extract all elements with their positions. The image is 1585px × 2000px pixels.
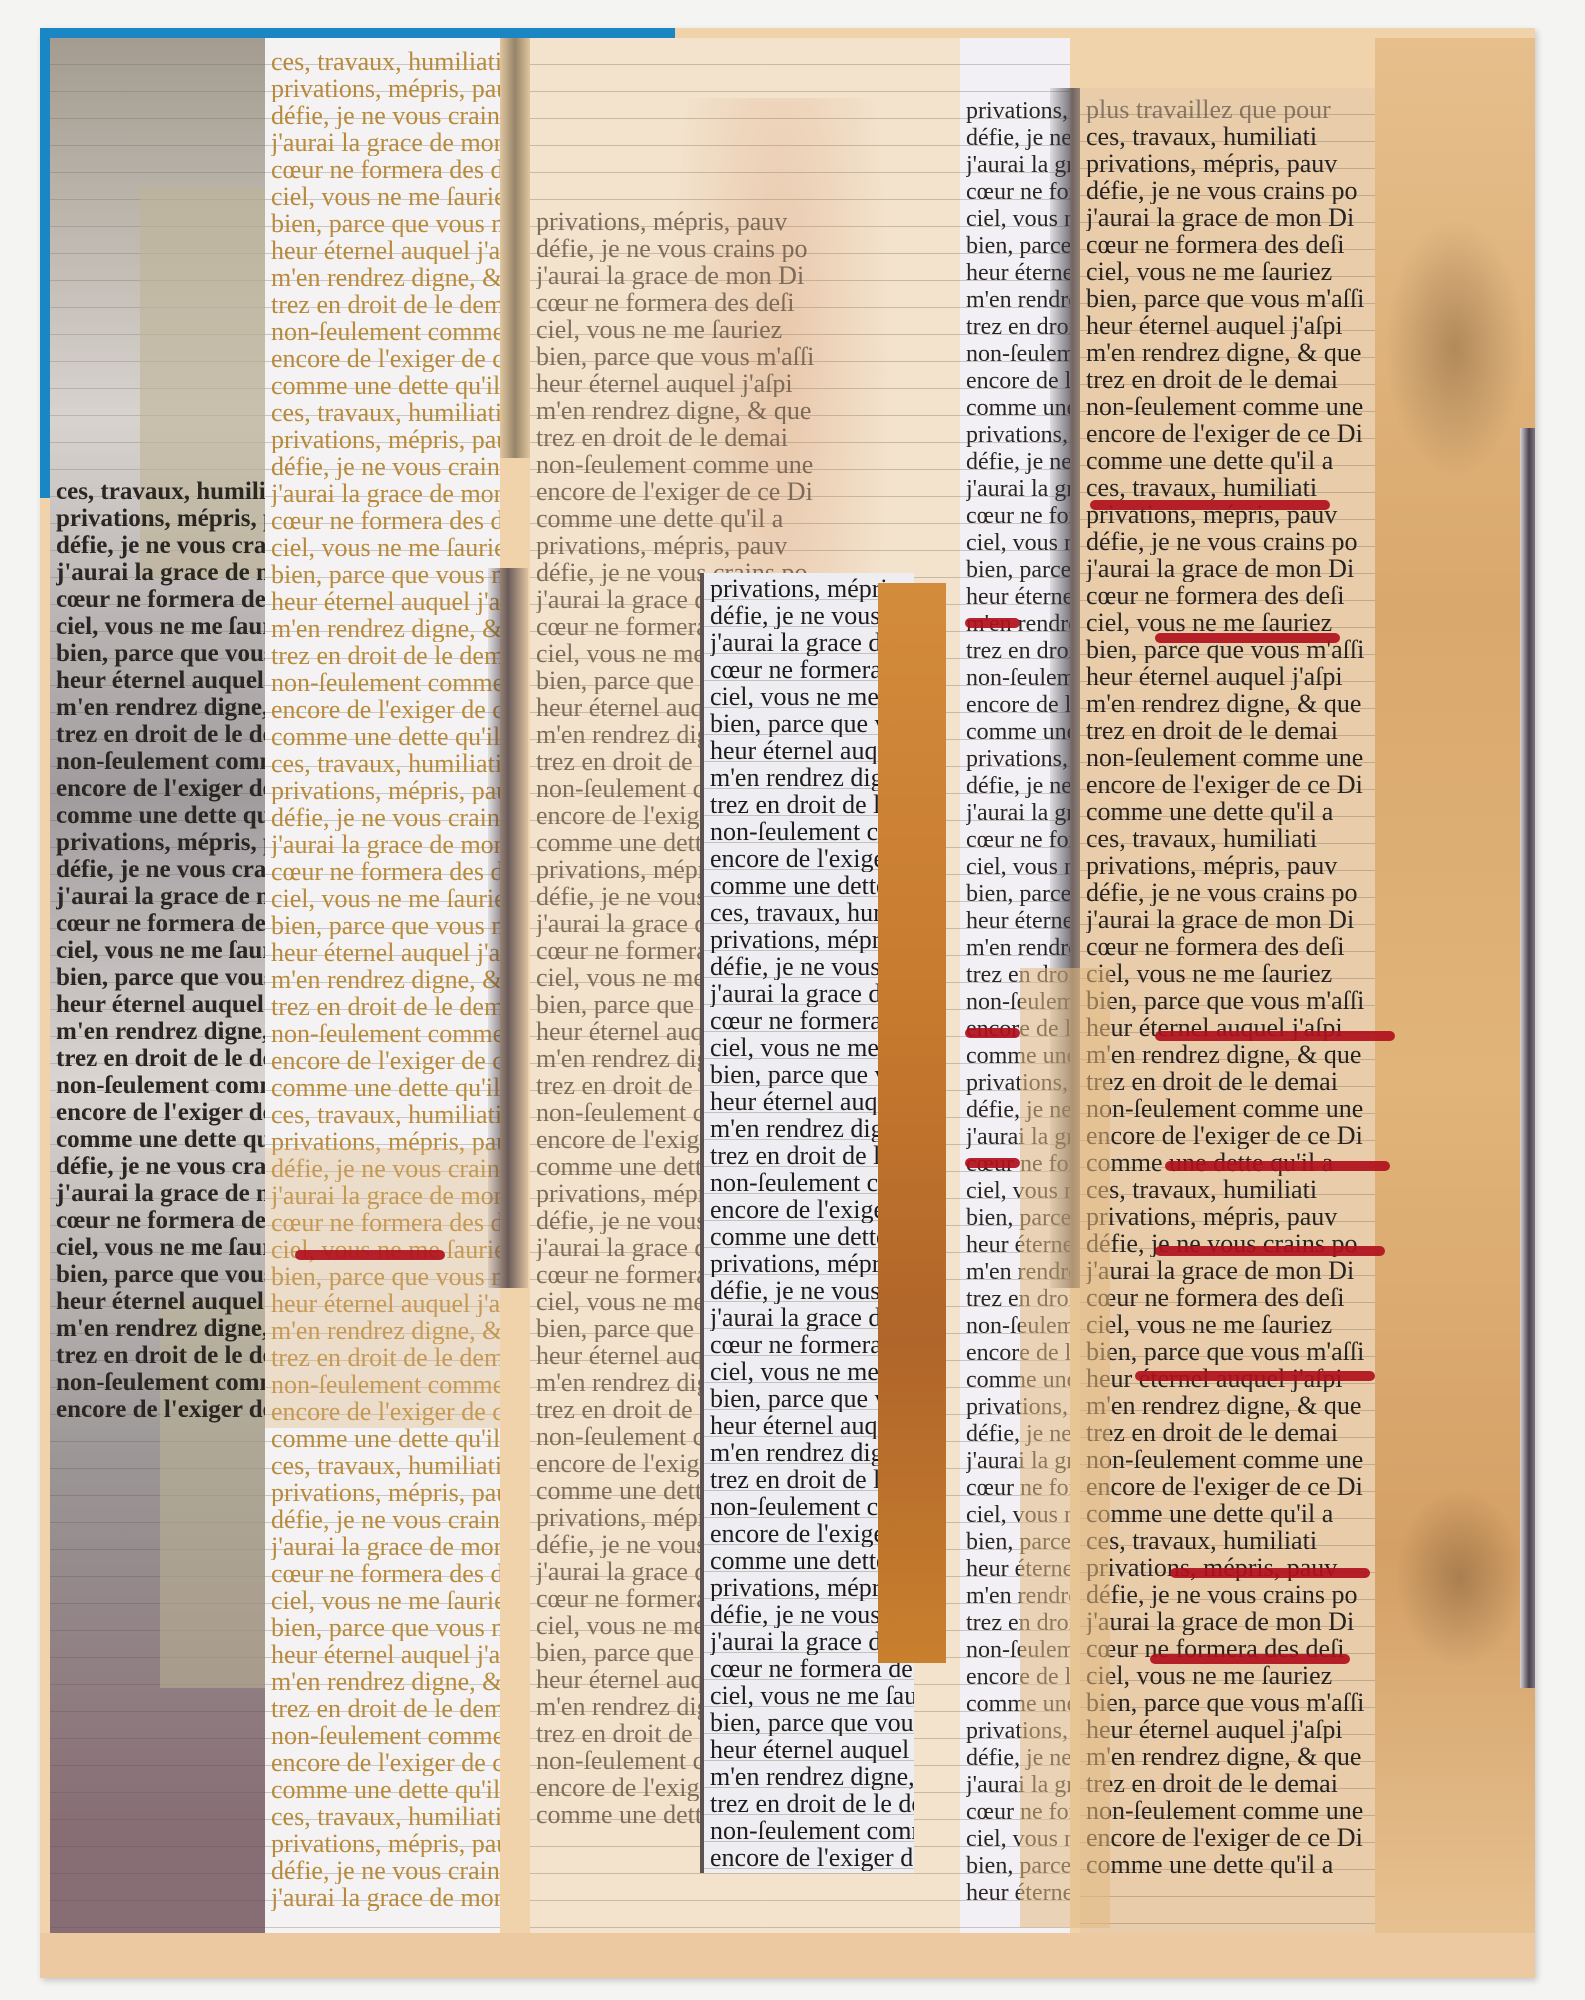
text-line: j'aurai la grace de mon Di xyxy=(966,152,1070,179)
text-line: comme une dette qu'il a xyxy=(271,372,500,399)
text-line: non-ſeulement comme une xyxy=(966,1313,1070,1340)
blue-border-left xyxy=(40,28,50,498)
text-line: défie, je ne vous crains po xyxy=(271,453,500,480)
text-line: heur éternel auquel j'aſpi xyxy=(966,584,1070,611)
text-line: j'aurai la grace de mon Di xyxy=(966,476,1070,503)
blue-border-top xyxy=(40,28,675,38)
text-line: heur éternel auquel j'aſpi xyxy=(271,1641,500,1668)
text-line: m'en rendrez digne, & que xyxy=(271,966,500,993)
text-line: trez en droit de le demai xyxy=(966,1610,1070,1637)
text-line: m'en rendrez digne, & que xyxy=(271,1668,500,1695)
charcoal-smudge-top xyxy=(500,38,530,458)
text-line: heur éternel auquel j'aſpi xyxy=(966,260,1070,287)
text-line: défie, je ne vous crains po xyxy=(271,102,500,129)
text-line: bien, parce que vous m'aſſi xyxy=(1086,1689,1364,1716)
text-line: ciel, vous ne me ſauriez xyxy=(1086,258,1364,285)
text-line: trez en droit de le demai xyxy=(56,1045,270,1072)
text-line: non-ſeulement comme une xyxy=(56,1072,270,1099)
text-line: m'en rendrez digne, & que xyxy=(56,694,270,721)
text-line: défie, je ne vous crains po xyxy=(271,1857,500,1884)
text-line: plus travaillez que pour xyxy=(1086,96,1364,123)
text-line: cœur ne formera des deſi xyxy=(966,827,1070,854)
text-line: ces, travaux, humiliati xyxy=(1086,825,1364,852)
text-line: encore de l'exiger de ce Di xyxy=(536,478,814,505)
text-line: trez en droit de le demai xyxy=(1086,717,1364,744)
text-line: défie, je ne vous crains po xyxy=(1086,879,1364,906)
text-line: comme une dette qu'il a xyxy=(1086,798,1364,825)
text-line: trez en droit de le demai xyxy=(966,314,1070,341)
text-line: encore de l'exiger de ce Di xyxy=(1086,771,1364,798)
text-line: encore de l'exiger de ce Di xyxy=(56,1396,270,1423)
text-line: défie, je ne vous crains po xyxy=(536,235,814,262)
text-line: j'aurai la grace de mon Di xyxy=(1086,204,1364,231)
text-line: m'en rendrez digne, & que xyxy=(966,287,1070,314)
text-line: ciel, vous ne me ſauriez xyxy=(1086,960,1364,987)
text-line: j'aurai la grace de mon Di xyxy=(966,800,1070,827)
text-line: privations, mépris, pauv xyxy=(966,746,1070,773)
text-line: défie, je ne vous crains po xyxy=(56,532,270,559)
text-line: bien, parce que vous m'aſſi xyxy=(966,233,1070,260)
text-line: m'en rendrez digne, & que xyxy=(271,1317,500,1344)
text-line: comme une dette qu'il a xyxy=(56,1126,270,1153)
text-line: comme une dette qu'il a xyxy=(536,505,814,532)
red-dash xyxy=(1135,1371,1375,1381)
text-line: défie, je ne vous crains po xyxy=(56,1153,270,1180)
red-dash xyxy=(1165,1161,1390,1171)
text-line: ciel, vous ne me ſauriez xyxy=(56,937,270,964)
text-line: défie, je ne vous crains po xyxy=(271,1155,500,1182)
textile-artwork: ces, travaux, humiliati privations, mépr… xyxy=(40,28,1535,1978)
text-line: m'en rendrez digne, & que xyxy=(1086,1743,1364,1770)
text-line: encore de l'exiger de ce Di xyxy=(1086,1824,1364,1851)
text-line: heur éternel auquel j'aſpi xyxy=(710,1736,914,1763)
text-line: bien, parce que vous m'aſſi xyxy=(1086,987,1364,1014)
text-line: cœur ne formera des deſi xyxy=(271,1209,500,1236)
text-line: bien, parce que vous m'aſſi xyxy=(271,1263,500,1290)
text-line: heur éternel auquel j'aſpi xyxy=(1086,663,1364,690)
text-line: non-ſeulement comme une xyxy=(1086,393,1364,420)
text-line: comme une dette qu'il a xyxy=(271,723,500,750)
text-line: non-ſeulement comme une xyxy=(271,1371,500,1398)
text-line: ces, travaux, humiliati xyxy=(271,399,500,426)
text-line: défie, je ne vous crains po xyxy=(56,856,270,883)
text-line: non-ſeulement comme une xyxy=(710,1817,914,1844)
text-strip-left-grey: ces, travaux, humiliati privations, mépr… xyxy=(50,38,270,1933)
text-line: ces, travaux, humiliati xyxy=(271,48,500,75)
text-line: heur éternel auquel j'aſpi xyxy=(56,1288,270,1315)
text-line: ces, travaux, humiliati xyxy=(1086,1176,1364,1203)
text-line: cœur ne formera des deſi xyxy=(966,1475,1070,1502)
text-line: non-ſeulement comme une xyxy=(1086,1797,1364,1824)
text-line: m'en rendrez digne, & que xyxy=(271,615,500,642)
text-line: bien, parce que vous m'aſſi xyxy=(966,1853,1070,1880)
text-line: bien, parce que vous m'aſſi xyxy=(710,1709,914,1736)
text-line: encore de l'exiger de ce Di xyxy=(710,1844,914,1871)
text-line: m'en rendrez digne, & que xyxy=(966,1259,1070,1286)
text-line: cœur ne formera des deſi xyxy=(1086,582,1364,609)
text-line: m'en rendrez digne, & que xyxy=(966,935,1070,962)
text-line: ciel, vous ne me ſauriez xyxy=(271,183,500,210)
text-line: m'en rendrez digne, & que xyxy=(1086,339,1364,366)
text-line: m'en rendrez digne, & que xyxy=(1086,1392,1364,1419)
text-line: défie, je ne vous crains po xyxy=(1086,177,1364,204)
text-line: heur éternel auquel j'aſpi xyxy=(271,588,500,615)
text-line: encore de l'exiger de ce Di xyxy=(271,1749,500,1776)
text-line: encore de l'exiger de ce Di xyxy=(966,692,1070,719)
text-line: défie, je ne vous crains po xyxy=(966,125,1070,152)
text-line: cœur ne formera des deſi xyxy=(1086,1284,1364,1311)
text-line: j'aurai la grace de mon Di xyxy=(271,480,500,507)
dark-stain-lower xyxy=(1395,1488,1525,1668)
text-line: j'aurai la grace de mon Di xyxy=(271,129,500,156)
text-line: privations, mépris, pauv xyxy=(966,1070,1070,1097)
text-line: trez en droit de le demai xyxy=(56,721,270,748)
text-line: ciel, vous ne me ſauriez xyxy=(271,885,500,912)
text-line: cœur ne formera des deſi xyxy=(966,1799,1070,1826)
text-line: m'en rendrez digne, & que xyxy=(1086,690,1364,717)
text-line: trez en droit de le demai xyxy=(1086,1068,1364,1095)
text-line: heur éternel auquel j'aſpi xyxy=(56,991,270,1018)
text-line: m'en rendrez digne, & que xyxy=(710,1763,914,1790)
text-line: j'aurai la grace de mon Di xyxy=(536,262,814,289)
red-dash xyxy=(965,618,1020,628)
bottom-hem xyxy=(40,1933,1535,1978)
text-line: trez en droit de le demai xyxy=(966,638,1070,665)
text-line: ciel, vous ne me ſauriez xyxy=(966,1178,1070,1205)
text-line: encore de l'exiger de ce Di xyxy=(966,1664,1070,1691)
text-line: ces, travaux, humiliati xyxy=(1086,1527,1364,1554)
text-line: trez en droit de le demai xyxy=(271,291,500,318)
text-line: cœur ne formera des deſi xyxy=(536,289,814,316)
text-line: cœur ne formera des deſi xyxy=(271,156,500,183)
text-line: comme une dette qu'il a xyxy=(1086,447,1364,474)
text-line: bien, parce que vous m'aſſi xyxy=(56,1261,270,1288)
text-line: m'en rendrez digne, & que xyxy=(1086,1041,1364,1068)
text-line: comme une dette qu'il a xyxy=(966,1691,1070,1718)
red-dash xyxy=(1155,633,1340,643)
text-line: défie, je ne vous crains po xyxy=(966,773,1070,800)
text-line: privations, mépris, pauv xyxy=(56,829,270,856)
text-line: non-ſeulement comme une xyxy=(536,451,814,478)
text-line: cœur ne formera des deſi xyxy=(271,507,500,534)
text-line: bien, parce que vous m'aſſi xyxy=(966,881,1070,908)
text-line: privations, mépris, pauv xyxy=(1086,1203,1364,1230)
text-line: ces, travaux, humiliati xyxy=(56,478,270,505)
text-line: heur éternel auquel j'aſpi xyxy=(536,370,814,397)
text-line: privations, mépris, pauv xyxy=(271,426,500,453)
red-dash xyxy=(295,1250,445,1260)
text-line: non-ſeulement comme une xyxy=(56,748,270,775)
text-line: trez en droit de le demai xyxy=(1086,366,1364,393)
text-strip-white-gold: ces, travaux, humiliati privations, mépr… xyxy=(265,38,500,1933)
text-line: bien, parce que vous m'aſſi xyxy=(271,210,500,237)
text-line: cœur ne formera des deſi xyxy=(56,1207,270,1234)
rust-orange-strip xyxy=(878,583,946,1663)
text-line: ciel, vous ne me ſauriez xyxy=(1086,609,1364,636)
text-line: défie, je ne vous crains po xyxy=(966,449,1070,476)
text-line: bien, parce que vous m'aſſi xyxy=(966,1529,1070,1556)
text-line: bien, parce que vous m'aſſi xyxy=(56,964,270,991)
text-line: encore de l'exiger de ce Di xyxy=(1086,1473,1364,1500)
text-line: ces, travaux, humiliati xyxy=(271,750,500,777)
text-line: trez en droit de le demai xyxy=(271,1344,500,1371)
text-line: heur éternel auquel j'aſpi xyxy=(966,1880,1070,1907)
text-line: privations, mépris, pauv xyxy=(966,1394,1070,1421)
text-line: j'aurai la grace de mon Di xyxy=(271,1182,500,1209)
text-line: encore de l'exiger de ce Di xyxy=(271,345,500,372)
text-line: comme une dette qu'il a xyxy=(1086,1851,1364,1878)
tea-stained-panel-right xyxy=(1375,38,1535,1933)
text-line: bien, parce que vous m'aſſi xyxy=(966,557,1070,584)
text-line: encore de l'exiger de ce Di xyxy=(56,775,270,802)
text-line: non-ſeulement comme une xyxy=(1086,1095,1364,1122)
text-line: privations, mépris, pauv xyxy=(966,1718,1070,1745)
text-line: bien, parce que vous m'aſſi xyxy=(536,343,814,370)
text-line: j'aurai la grace de mon Di xyxy=(1086,1257,1364,1284)
red-dash xyxy=(1150,1654,1350,1664)
red-dash xyxy=(965,1158,1020,1168)
text-line: défie, je ne vous crains po xyxy=(1086,1581,1364,1608)
text-line: ciel, vous ne me ſauriez xyxy=(1086,1311,1364,1338)
text-line: comme une dette qu'il a xyxy=(1086,1500,1364,1527)
text-line: encore de l'exiger de ce Di xyxy=(271,1047,500,1074)
text-line: cœur ne formera des deſi xyxy=(966,503,1070,530)
text-line: cœur ne formera des deſi xyxy=(56,910,270,937)
text-line: privations, mépris, pauv xyxy=(536,532,814,559)
text-line: défie, je ne vous crains po xyxy=(966,1745,1070,1772)
text-line: heur éternel auquel j'aſpi xyxy=(1086,312,1364,339)
text-line: encore de l'exiger de ce Di xyxy=(966,368,1070,395)
text-line: heur éternel auquel j'aſpi xyxy=(56,667,270,694)
text-line: privations, mépris, pauv xyxy=(271,75,500,102)
red-dash xyxy=(1170,1568,1370,1578)
text-line: non-ſeulement comme une xyxy=(966,665,1070,692)
text-line: heur éternel auquel j'aſpi xyxy=(966,1232,1070,1259)
text-line: non-ſeulement comme une xyxy=(271,1020,500,1047)
text-line: défie, je ne vous crains po xyxy=(1086,528,1364,555)
text-line: défie, je ne vous crains po xyxy=(271,1506,500,1533)
text-line: heur éternel auquel j'aſpi xyxy=(966,908,1070,935)
text-line: privations, mépris, pauv xyxy=(271,1128,500,1155)
text-line: bien, parce que vous m'aſſi xyxy=(271,912,500,939)
text-line: encore de l'exiger de ce Di xyxy=(271,696,500,723)
text-line: heur éternel auquel j'aſpi xyxy=(271,1290,500,1317)
text-line: comme une dette qu'il a xyxy=(271,1425,500,1452)
text-line: trez en droit de le demai xyxy=(271,642,500,669)
text-line: comme une dette qu'il a xyxy=(966,719,1070,746)
text-line: trez en droit de le demai xyxy=(536,424,814,451)
text-line: privations, mépris, pauv xyxy=(271,1830,500,1857)
text-line: bien, parce que vous m'aſſi xyxy=(966,1205,1070,1232)
text-line: cœur ne formera des deſi xyxy=(271,858,500,885)
text-line: privations, mépris, pauv xyxy=(271,1479,500,1506)
text-line: trez en droit de le demai xyxy=(271,1695,500,1722)
text-line: heur éternel auquel j'aſpi xyxy=(271,939,500,966)
text-line: comme une dette qu'il a xyxy=(966,395,1070,422)
text-line: encore de l'exiger de ce Di xyxy=(1086,420,1364,447)
text-line: non-ſeulement comme une xyxy=(56,1369,270,1396)
text-line: privations, mépris, pauv xyxy=(1086,150,1364,177)
text-line: bien, parce que vous m'aſſi xyxy=(1086,285,1364,312)
text-line: ciel, vous ne me ſauriez xyxy=(710,1682,914,1709)
text-line: non-ſeulement comme une xyxy=(966,341,1070,368)
text-line: trez en droit de le demai xyxy=(1086,1770,1364,1797)
text-line: ciel, vous ne me ſauriez xyxy=(56,613,270,640)
text-line: m'en rendrez digne, & que xyxy=(536,397,814,424)
text-line: bien, parce que vous m'aſſi xyxy=(1086,1338,1364,1365)
text-line: bien, parce que vous m'aſſi xyxy=(56,640,270,667)
text-line: non-ſeulement comme une xyxy=(271,669,500,696)
red-dash xyxy=(1155,1246,1385,1256)
text-strip-narrow-white: privations, mépris, pauv défie, je ne vo… xyxy=(960,38,1070,1933)
text-line: comme une dette qu'il a xyxy=(966,1367,1070,1394)
text-line: ces, travaux, humiliati xyxy=(271,1101,500,1128)
red-dash xyxy=(1155,1031,1395,1041)
text-line: ciel, vous ne me ſauriez xyxy=(1086,1662,1364,1689)
text-line: cœur ne formera des deſi xyxy=(56,586,270,613)
text-line: j'aurai la grace de mon Di xyxy=(56,1180,270,1207)
text-line: défie, je ne vous crains po xyxy=(271,804,500,831)
text-line: ces, travaux, humiliati xyxy=(1086,123,1364,150)
text-line: j'aurai la grace de mon Di xyxy=(1086,1608,1364,1635)
text-line: ciel, vous ne me ſauriez xyxy=(536,316,814,343)
text-line: comme une dette qu'il a xyxy=(966,1043,1070,1070)
text-line: ces, travaux, humiliati xyxy=(271,1803,500,1830)
text-line: m'en rendrez digne, & que xyxy=(56,1315,270,1342)
text-line: trez en droit de le demai xyxy=(966,962,1070,989)
text-line: ces, travaux, humiliati xyxy=(271,1452,500,1479)
text-line: non-ſeulement comme une xyxy=(271,318,500,345)
text-line: ciel, vous ne me ſauriez xyxy=(271,534,500,561)
text-line: encore de l'exiger de ce Di xyxy=(56,1099,270,1126)
text-line: défie, je ne vous crains po xyxy=(966,1421,1070,1448)
text-line: ciel, vous ne me ſauriez xyxy=(966,206,1070,233)
red-dash xyxy=(965,1028,1020,1038)
text-line: j'aurai la grace de mon Di xyxy=(966,1772,1070,1799)
text-line: encore de l'exiger de ce Di xyxy=(271,1398,500,1425)
text-line: m'en rendrez digne, & que xyxy=(271,264,500,291)
text-line: ciel, vous ne me ſauriez xyxy=(966,530,1070,557)
text-line: m'en rendrez digne, & que xyxy=(56,1018,270,1045)
text-line: non-ſeulement comme une xyxy=(966,989,1070,1016)
text-line: j'aurai la grace de mon Di xyxy=(1086,555,1364,582)
text-line: j'aurai la grace de mon Di xyxy=(1086,906,1364,933)
text-line: ciel, vous ne me ſauriez xyxy=(271,1587,500,1614)
text-line: ciel, vous ne me ſauriez xyxy=(56,1234,270,1261)
text-line: privations, mépris, pauv xyxy=(966,98,1070,125)
text-line: comme une dette qu'il a xyxy=(271,1074,500,1101)
text-line: ciel, vous ne me ſauriez xyxy=(966,854,1070,881)
text-line: comme une dette qu'il a xyxy=(56,802,270,829)
red-dash xyxy=(1090,500,1330,510)
text-line: trez en droit de le demai xyxy=(1086,1419,1364,1446)
text-line: cœur ne formera des deſi xyxy=(1086,231,1364,258)
text-line: j'aurai la grace de mon Di xyxy=(56,883,270,910)
text-line: privations, mépris, pauv xyxy=(271,777,500,804)
text-line: heur éternel auquel j'aſpi xyxy=(966,1556,1070,1583)
text-line: j'aurai la grace de mon Di xyxy=(271,831,500,858)
text-line: privations, mépris, pauv xyxy=(536,208,814,235)
text-line: ciel, vous ne me ſauriez xyxy=(966,1826,1070,1853)
text-line: non-ſeulement comme une xyxy=(271,1722,500,1749)
text-line: comme une dette qu'il a xyxy=(271,1776,500,1803)
text-line: défie, je ne vous crains po xyxy=(966,1097,1070,1124)
text-line: j'aurai la grace de mon Di xyxy=(56,559,270,586)
text-line: j'aurai la grace de mon Di xyxy=(271,1533,500,1560)
text-line: privations, mépris, pauv xyxy=(56,505,270,532)
text-line: bien, parce que vous m'aſſi xyxy=(271,561,500,588)
text-line: ces, travaux, humiliati xyxy=(1086,474,1364,501)
text-line: j'aurai la grace de mon Di xyxy=(966,1124,1070,1151)
text-line: cœur ne formera des deſi xyxy=(271,1560,500,1587)
text-line: encore de l'exiger de ce Di xyxy=(1086,1122,1364,1149)
text-line: non-ſeulement comme une xyxy=(1086,1446,1364,1473)
text-line: trez en droit de le demai xyxy=(271,993,500,1020)
text-line: m'en rendrez digne, & que xyxy=(966,1583,1070,1610)
text-line: ciel, vous ne me ſauriez xyxy=(966,1502,1070,1529)
text-line: cœur ne formera des deſi xyxy=(966,179,1070,206)
text-line: trez en droit de le demai xyxy=(56,1342,270,1369)
text-line: encore de l'exiger de ce Di xyxy=(966,1340,1070,1367)
text-line: trez en droit de le demai xyxy=(966,1286,1070,1313)
text-line: trez en droit de le demai xyxy=(710,1790,914,1817)
dark-stain xyxy=(1385,218,1525,478)
text-line: heur éternel auquel j'aſpi xyxy=(1086,1716,1364,1743)
text-line: non-ſeulement comme une xyxy=(1086,744,1364,771)
text-line: privations, mépris, pauv xyxy=(1086,852,1364,879)
text-line: bien, parce que vous m'aſſi xyxy=(271,1614,500,1641)
text-line: heur éternel auquel j'aſpi xyxy=(271,237,500,264)
text-line: j'aurai la grace de mon Di xyxy=(271,1884,500,1911)
text-line: privations, mépris, pauv xyxy=(966,422,1070,449)
text-line: cœur ne formera des deſi xyxy=(1086,933,1364,960)
text-line: non-ſeulement comme une xyxy=(966,1637,1070,1664)
text-line: j'aurai la grace de mon Di xyxy=(966,1448,1070,1475)
